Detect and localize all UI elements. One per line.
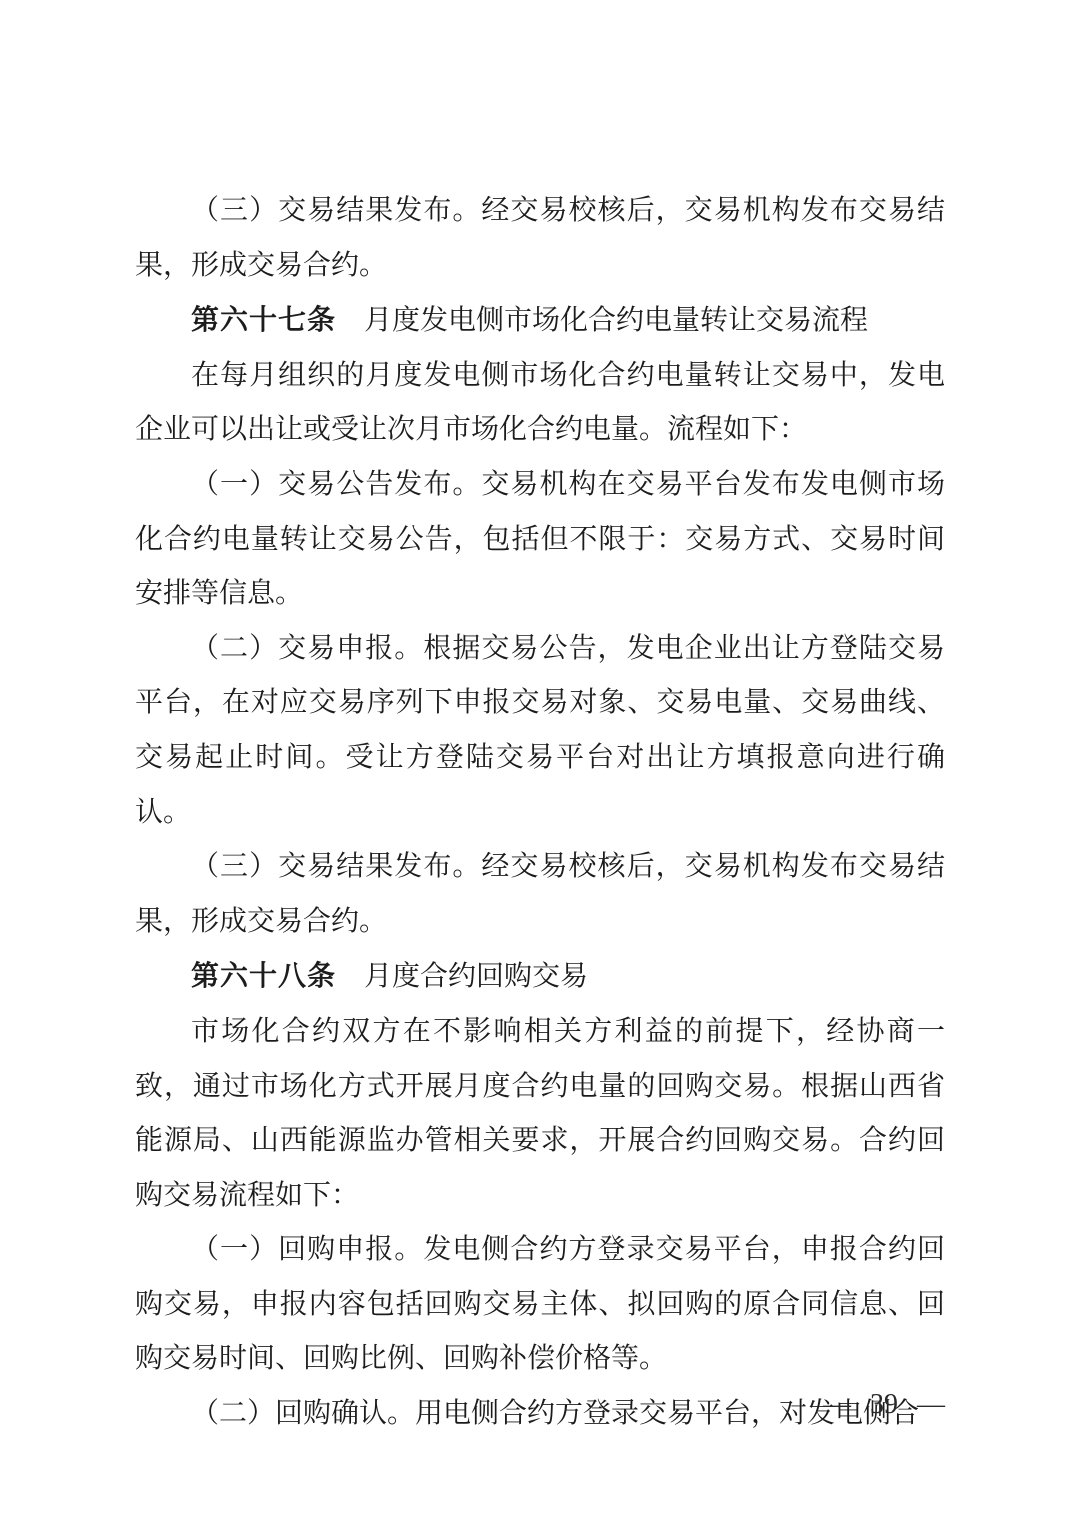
article-heading-68: 第六十八条月度合约回购交易 — [135, 949, 945, 1005]
paragraph-article67-intro: 在每月组织的月度发电侧市场化合约电量转让交易中，发电企业可以出让或受让次月市场化… — [135, 349, 945, 458]
article-number: 第六十七条 — [191, 304, 336, 335]
paragraph-item-1-announcement: （一）交易公告发布。交易机构在交易平台发布发电侧市场化合约电量转让交易公告，包括… — [135, 458, 945, 622]
paragraph-buyback-declaration: （一）回购申报。发电侧合约方登录交易平台，申报合约回购交易，申报内容包括回购交易… — [135, 1223, 945, 1387]
article-number: 第六十八条 — [191, 960, 336, 991]
article-heading-67: 第六十七条月度发电侧市场化合约电量转让交易流程 — [135, 293, 945, 349]
article-title: 月度发电侧市场化合约电量转让交易流程 — [364, 305, 868, 336]
document-page: （三）交易结果发布。经交易校核后，交易机构发布交易结果，形成交易合约。 第六十七… — [0, 0, 1080, 1527]
paragraph-item-3-result: （三）交易结果发布。经交易校核后，交易机构发布交易结果，形成交易合约。 — [135, 184, 945, 293]
paragraph-item-2-declaration: （二）交易申报。根据交易公告，发电企业出让方登陆交易平台，在对应交易序列下申报交… — [135, 622, 945, 840]
paragraph-article68-intro: 市场化合约双方在不影响相关方利益的前提下，经协商一致，通过市场化方式开展月度合约… — [135, 1005, 945, 1223]
page-number: — 39 — — [823, 1388, 945, 1422]
document-body: （三）交易结果发布。经交易校核后，交易机构发布交易结果，形成交易合约。 第六十七… — [135, 184, 945, 1442]
paragraph-item-3-result-repeat: （三）交易结果发布。经交易校核后，交易机构发布交易结果，形成交易合约。 — [135, 840, 945, 949]
article-title: 月度合约回购交易 — [364, 961, 588, 992]
